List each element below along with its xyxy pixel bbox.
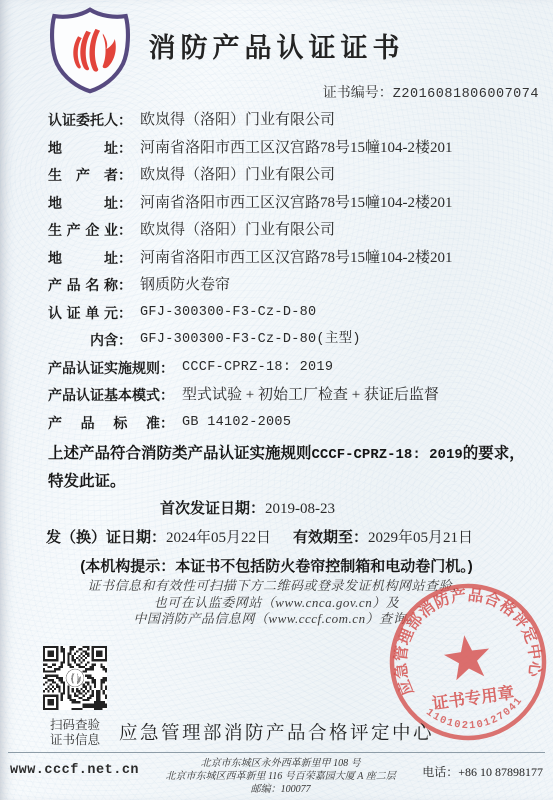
field-value: 欧岚得（洛阳）门业有限公司 (140, 167, 335, 184)
field-row-address: 地址：河南省洛阳市西工区汉宫路78号15幢104-2楼201 (48, 195, 541, 212)
certificate-statement: 上述产品符合消防类产品认证实施规则CCCF-CPRZ-18: 2019的要求，特… (48, 441, 539, 495)
field-label: 产品标准 (48, 415, 160, 432)
qr-code (43, 646, 107, 710)
field-label: 认证单元 (48, 305, 118, 322)
field-label: 地址 (48, 250, 118, 267)
valid-until-value: 2029年05月21日 (368, 530, 473, 546)
issuer-name: 应急管理部消防产品合格评定中心 (0, 719, 553, 745)
field-colon: ： (118, 277, 132, 294)
footer-postcode: 邮编：100077 (166, 783, 396, 796)
statement-rule-code: CCCF-CPRZ-18: 2019 (312, 447, 463, 463)
field-row-producer: 生产者：欧岚得（洛阳）门业有限公司 (48, 167, 541, 184)
field-row-address: 地址：河南省洛阳市西工区汉宫路78号15幢104-2楼201 (48, 250, 541, 267)
valid-until-label: 有效期至： (293, 529, 368, 546)
qr-center-logo (66, 669, 84, 687)
field-colon: ： (118, 140, 132, 157)
field-label: 内含 (48, 332, 118, 349)
statement-text: 上述产品符合消防类产品认证实施规则 (48, 445, 312, 462)
field-row-factory: 生产企业：欧岚得（洛阳）门业有限公司 (48, 222, 541, 239)
field-colon: ： (160, 360, 174, 377)
first-issue-value: 2019-08-23 (265, 501, 335, 517)
field-colon: ： (118, 195, 132, 212)
footer-address-line: 北京市东城区永外西革新里甲 108 号 (166, 757, 396, 770)
field-colon: ： (118, 222, 132, 239)
certificate-number-value: Z2016081806007074 (393, 87, 539, 102)
seal-star-icon (442, 632, 493, 681)
agency-note: (本机构提示：本证书不包括防火卷帘控制箱和电动卷门机。) (0, 555, 553, 576)
field-row-cert-mode: 产品认证基本模式：型式试验 + 初始工厂检查 + 获证后监督 (48, 387, 541, 404)
field-value: 河南省洛阳市西工区汉宫路78号15幢104-2楼201 (140, 195, 453, 212)
field-value: 型式试验 + 初始工厂检查 + 获证后监督 (182, 387, 439, 404)
field-value: GFJ-300300-F3-Cz-D-80 (140, 305, 316, 322)
footer-divider (8, 752, 545, 753)
field-value: 欧岚得（洛阳）门业有限公司 (140, 222, 335, 239)
reissue-label: 发（换）证日期： (46, 529, 166, 546)
field-label: 生产企业 (48, 222, 118, 239)
certificate-title: 消防产品认证证书 (0, 26, 553, 65)
footer-website: www.cccf.net.cn (10, 763, 139, 778)
field-row-cert-unit: 认证单元：GFJ-300300-F3-Cz-D-80 (48, 305, 541, 322)
field-label: 产品认证实施规则 (48, 360, 160, 377)
certificate-fields: 认证委托人：欧岚得（洛阳）门业有限公司 地址：河南省洛阳市西工区汉宫路78号15… (48, 112, 541, 442)
field-colon: ： (118, 112, 132, 129)
field-colon: ： (118, 305, 132, 322)
footer-address-line: 北京市东城区西革新里 116 号百荣嘉园大厦 A 座二层 (166, 770, 396, 783)
field-value: GB 14102-2005 (182, 415, 291, 432)
field-row-address: 地址：河南省洛阳市西工区汉宫路78号15幢104-2楼201 (48, 140, 541, 157)
field-label: 认证委托人 (48, 112, 118, 129)
field-row-included-model: 内含：GFJ-300300-F3-Cz-D-80(主型) (48, 332, 541, 349)
footer: www.cccf.net.cn 北京市东城区永外西革新里甲 108 号 北京市东… (10, 757, 543, 796)
first-issue-label: 首次发证日期： (160, 500, 265, 517)
field-label: 地址 (48, 140, 118, 157)
field-colon: ： (118, 250, 132, 267)
field-value: 钢质防火卷帘 (140, 277, 230, 294)
field-label: 产品名称 (48, 277, 118, 294)
field-colon: ： (160, 415, 174, 432)
reissue-date-line: 发（换）证日期：2024年05月22日有效期至：2029年05月21日 (46, 526, 473, 547)
field-label: 生产者 (48, 167, 118, 184)
field-value: GFJ-300300-F3-Cz-D-80(主型) (140, 332, 361, 349)
field-row-applicant: 认证委托人：欧岚得（洛阳）门业有限公司 (48, 112, 541, 129)
field-value: CCCF-CPRZ-18: 2019 (182, 360, 333, 377)
field-row-product-standard: 产品标准：GB 14102-2005 (48, 415, 541, 432)
footer-address: 北京市东城区永外西革新里甲 108 号 北京市东城区西革新里 116 号百荣嘉园… (166, 757, 396, 796)
field-value: 河南省洛阳市西工区汉宫路78号15幢104-2楼201 (140, 250, 453, 267)
field-label: 产品认证基本模式 (48, 387, 160, 404)
field-row-cert-rule: 产品认证实施规则：CCCF-CPRZ-18: 2019 (48, 360, 541, 377)
first-issue-date-line: 首次发证日期：2019-08-23 (160, 497, 335, 518)
certificate-page: { "ui": { "colon": "：" }, "header": { "t… (0, 0, 553, 800)
field-label: 地址 (48, 195, 118, 212)
field-colon: ： (118, 332, 132, 349)
field-value: 欧岚得（洛阳）门业有限公司 (140, 112, 335, 129)
reissue-value: 2024年05月22日 (166, 530, 271, 546)
field-colon: ： (118, 167, 132, 184)
footer-phone: 电话：+86 10 87898177 (422, 763, 543, 780)
certificate-number: 证书编号：Z2016081806007074 (323, 82, 539, 102)
field-colon: ： (160, 387, 174, 404)
field-value: 河南省洛阳市西工区汉宫路78号15幢104-2楼201 (140, 140, 453, 157)
field-row-product-name: 产品名称：钢质防火卷帘 (48, 277, 541, 294)
certificate-number-label: 证书编号： (323, 86, 393, 101)
